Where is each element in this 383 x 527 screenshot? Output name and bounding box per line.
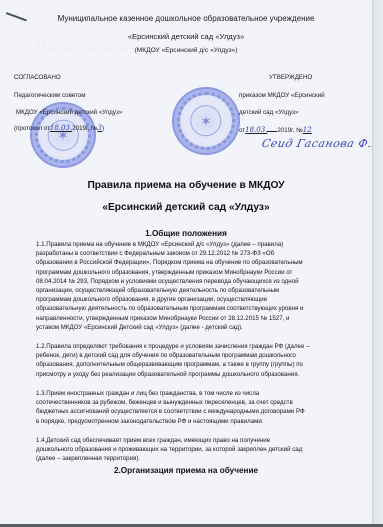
protocol-prefix: (протокол от: [14, 125, 50, 132]
paragraph-1-2: 1.2.Правила определяют требования к проц…: [36, 342, 342, 379]
order-date: 18.03.: [245, 126, 267, 134]
institution-name: Муниципальное казенное дошкольное образо…: [0, 14, 372, 23]
page-edge-shadow: [372, 0, 383, 527]
document-page: 2.1 ___ ___ ___ ___ ___ ___ ___ ______ _…: [0, 0, 372, 524]
order-number: 12: [303, 126, 312, 134]
agreed-heading: СОГЛАСОВАНО: [14, 74, 61, 81]
approved-institution: детский сад «Улдуз»: [239, 109, 298, 116]
text-line: ребенок, дети) в детский сад для обучени…: [36, 351, 342, 360]
protocol-year: 2019г. №: [72, 125, 97, 132]
text-line: 1.1.Правила приема на обучение в МКДОУ «…: [36, 240, 342, 249]
text-line: 08.04.2014 № 293, Порядком и условиями о…: [36, 277, 342, 286]
text-line: присмотру и уходу без реализации образов…: [36, 370, 342, 379]
paragraph-1-1: 1.1.Правила приема на обучение в МКДОУ «…: [36, 240, 342, 332]
protocol-date: 18.03.: [50, 124, 72, 132]
text-line: 1.4.Детский сад обеспечивает прием всех …: [36, 436, 342, 445]
text-line: в порядке, предусмотренном законодательс…: [36, 417, 342, 426]
protocol-suffix: ): [102, 125, 104, 132]
text-line: образовании в Российской Федерации», Пор…: [36, 258, 342, 267]
text-line: образования, дополнительным общеразвиваю…: [36, 360, 342, 369]
text-line: дошкольного образования и проживающих на…: [36, 445, 342, 454]
section-heading-general: 1.Общие положения: [0, 229, 372, 238]
approved-heading: УТВЕРЖДЕНО: [269, 74, 312, 81]
institution-short-name: «Ерсинский детский сад «Улдуз»: [0, 32, 372, 41]
text-line: (далее – закрепленная территория).: [36, 454, 342, 463]
text-line: 1.3.Прием иностранных граждан и лиц без …: [36, 389, 342, 398]
order-year: 2019г. №: [277, 127, 302, 134]
agreed-council: Педагогическим советом: [14, 92, 86, 99]
text-line: разработаны в соответствии с Федеральным…: [36, 249, 342, 258]
approved-order: приказом МКДОУ «Ерсинский: [239, 92, 325, 99]
text-line: 1.2.Правила определяют требования к проц…: [36, 342, 342, 351]
agreed-institution: МКДОУ «Ерсинский детский «Улдуз»: [16, 109, 122, 116]
text-line: программам дошкольного образования, утве…: [36, 268, 342, 277]
text-line: направленности, утвержденным приказом Ми…: [36, 314, 342, 323]
director-signature: Сеид Гасанова Ф.Н.: [261, 137, 372, 150]
text-line: бюджетных ассигнований осуществляется в …: [36, 407, 342, 416]
emblem-icon: ✶: [200, 114, 212, 128]
right-seal: ✶: [172, 87, 240, 155]
section-heading-admission: 2.Организация приема на обучение: [0, 466, 372, 475]
document-subtitle: «Ерсинский детский сад «Улдуз»: [0, 202, 372, 213]
institution-abbreviation: (МКДОУ «Ерсинский д/с «Улдуз»): [0, 47, 372, 54]
text-line: образовательную деятельность по образова…: [36, 304, 342, 313]
agreed-protocol: (протокол от18.03.2019г. №3): [14, 124, 104, 132]
text-line: программам дошкольного образования, в др…: [36, 295, 342, 304]
document-title: Правила приема на обучение в МКДОУ: [0, 180, 372, 191]
approved-order-line: от18.03.2019г. №12: [239, 126, 312, 134]
text-line: уставом МКДОУ «Ерсинский Детский сад «Ул…: [36, 323, 342, 332]
text-line: соотечественников за рубежом, беженцев и…: [36, 398, 342, 407]
paragraph-1-3: 1.3.Прием иностранных граждан и лиц без …: [36, 389, 342, 426]
paragraph-1-4: 1.4.Детский сад обеспечивает прием всех …: [36, 436, 342, 464]
text-line: организации, осуществляющей образователь…: [36, 286, 342, 295]
